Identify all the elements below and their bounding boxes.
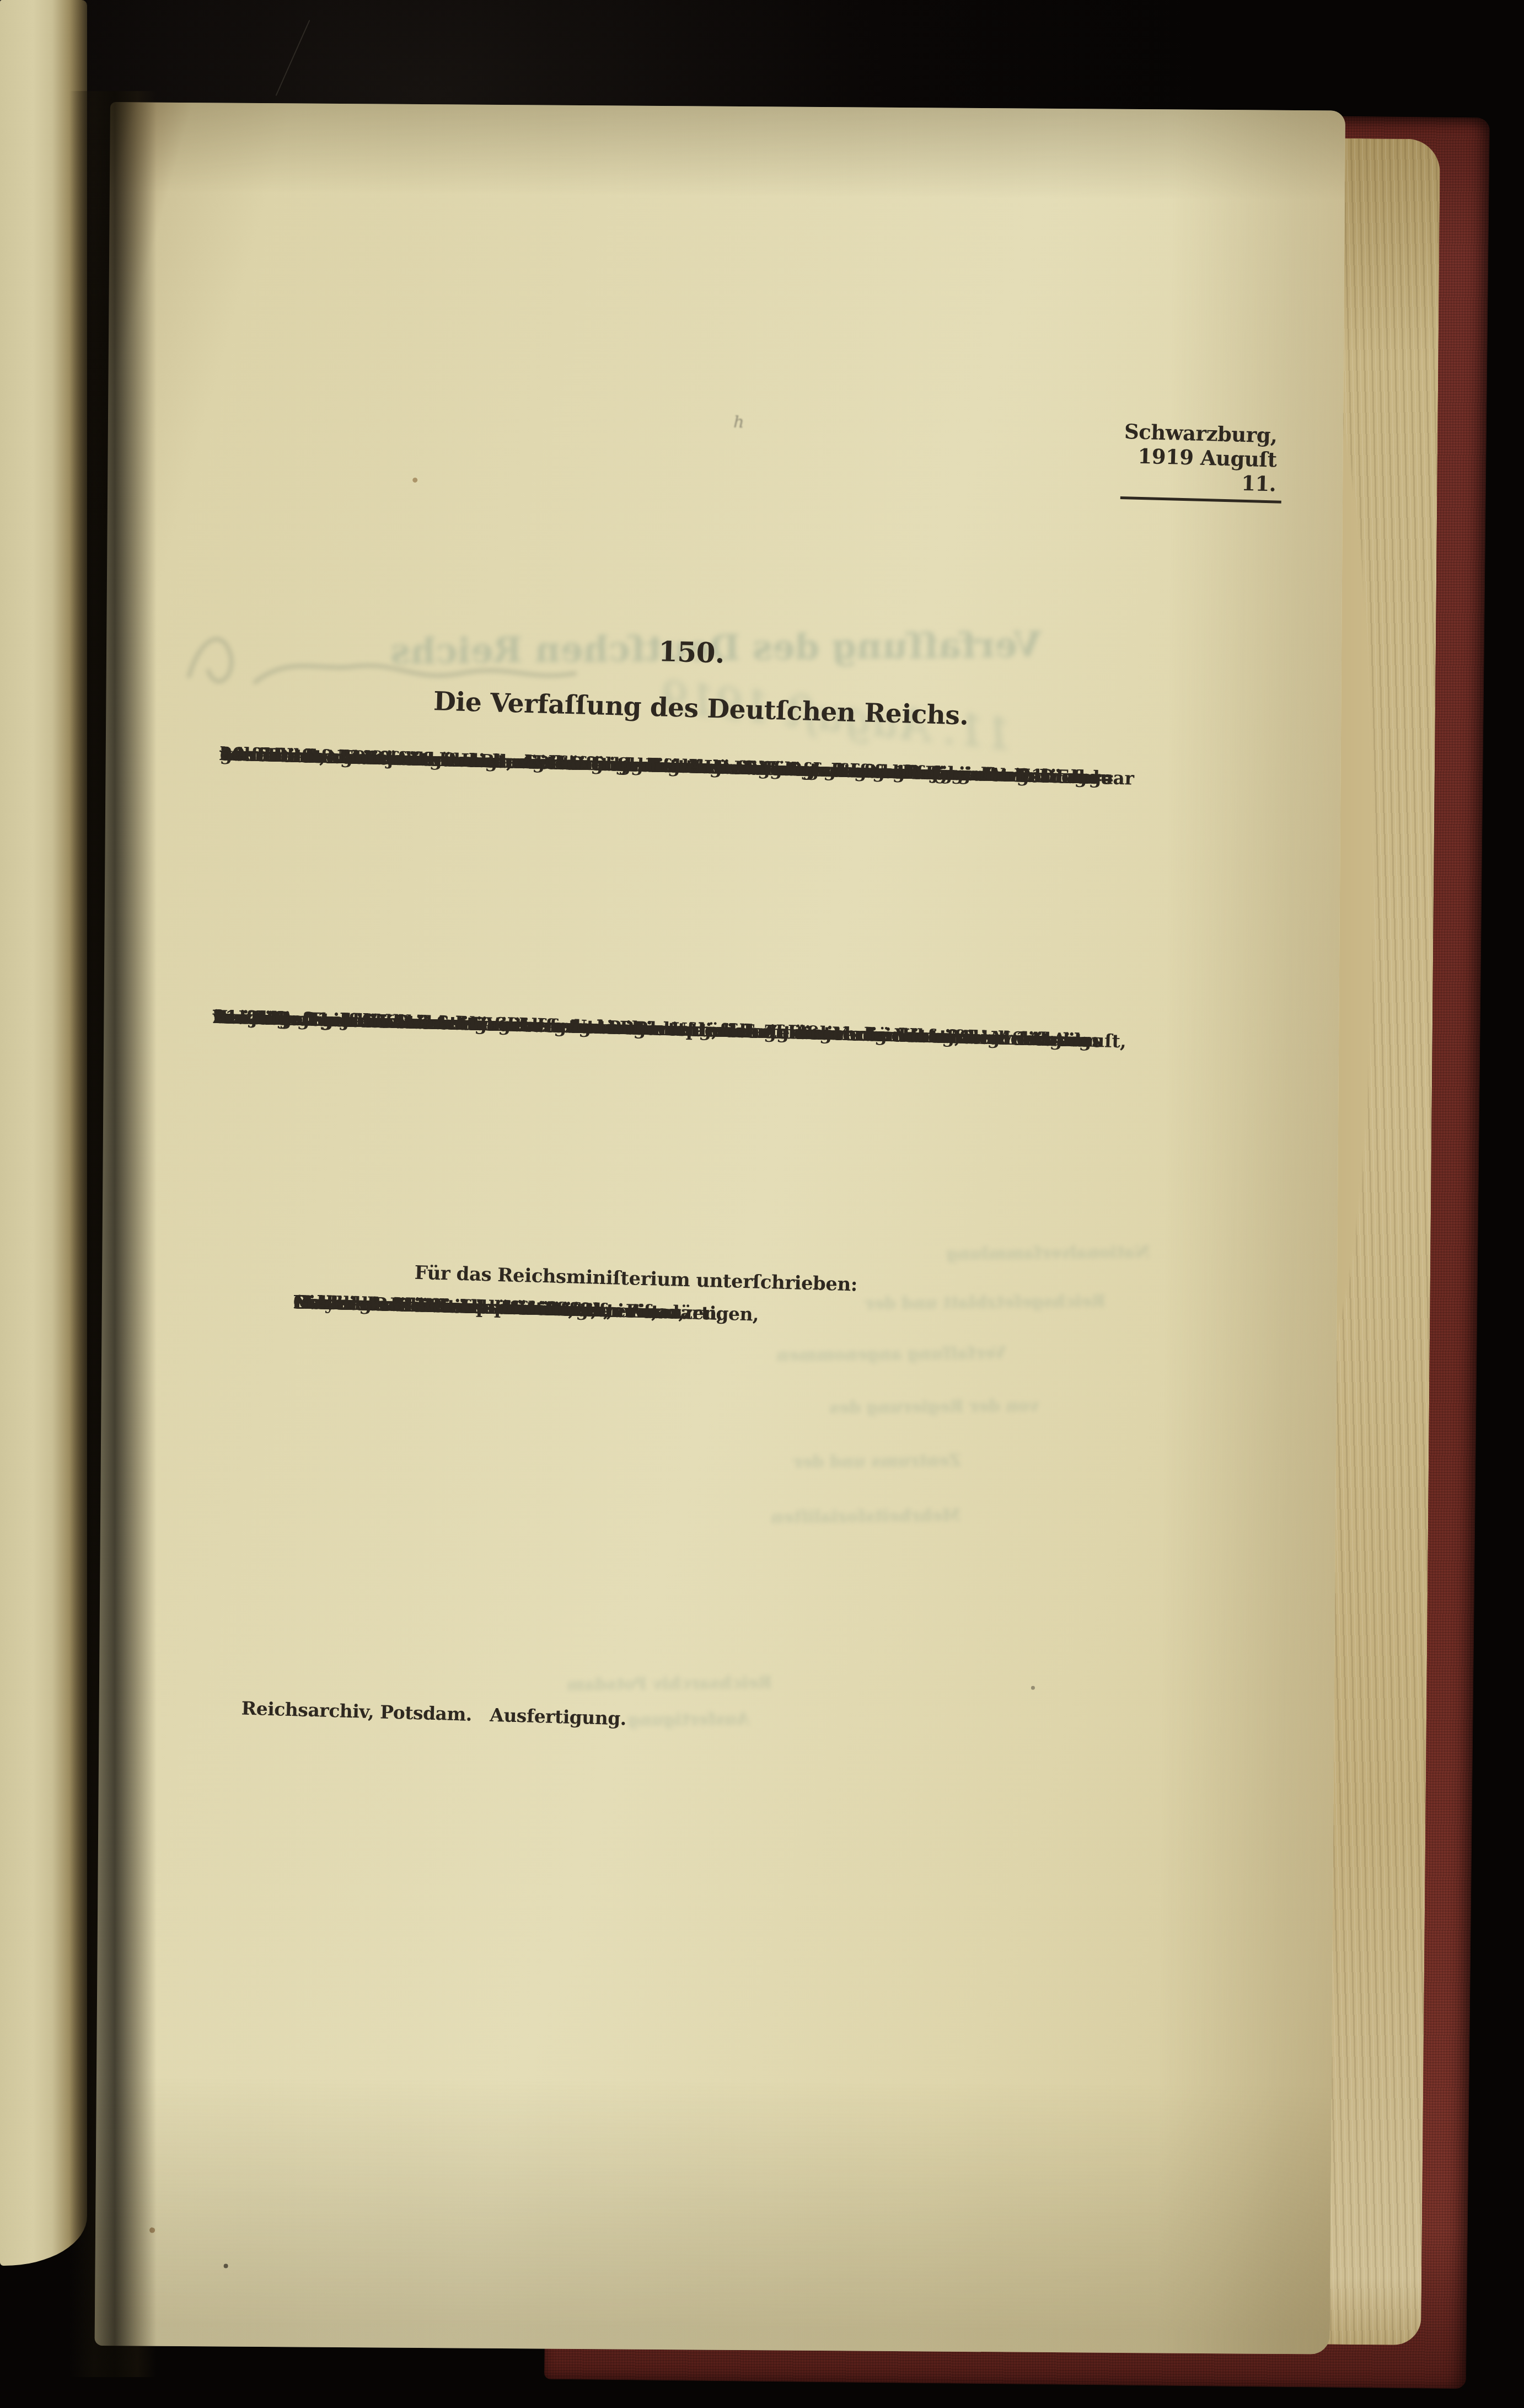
dust-hair — [276, 20, 310, 96]
signatory: Giesberts als Reichspoſtminiſter. — [293, 1287, 620, 1326]
page-title: Die Verfaſſung des Deutſchen Reichs. — [254, 682, 1148, 736]
pencil-mark: h — [733, 413, 744, 432]
header-date: Schwarzburg, 1919 Auguſt 11. — [229, 395, 1122, 419]
book-scan: Verfaſſung des Deutſchen Reichs 11. Augu… — [0, 0, 1524, 2408]
printed-text: h Schwarzburg, 1919 Auguſt 11. 150. Die … — [72, 90, 1367, 2366]
paper-speck — [1031, 1686, 1035, 1690]
paragraph-2: Am 21. Juli wurde die Verfaſſung in name… — [213, 1002, 1106, 1026]
gutter-shadow — [69, 91, 157, 2377]
paper-speck — [412, 478, 417, 483]
archive-note: Reichsarchiv, Potsdam. Ausfertigung. — [241, 1698, 626, 1730]
book-page: Verfaſſung des Deutſchen Reichs 11. Augu… — [95, 102, 1345, 2355]
paragraph-1: Das vom Präſidenten der Verfaſſunggebend… — [220, 739, 1113, 763]
body-line: behandelt, ohne jedoch noch weitere erhe… — [219, 739, 988, 789]
paper-speck — [224, 2264, 228, 2268]
document-number: 150. — [244, 624, 1138, 681]
body-line: ſozialiſten gebildet war. — [212, 1002, 448, 1038]
